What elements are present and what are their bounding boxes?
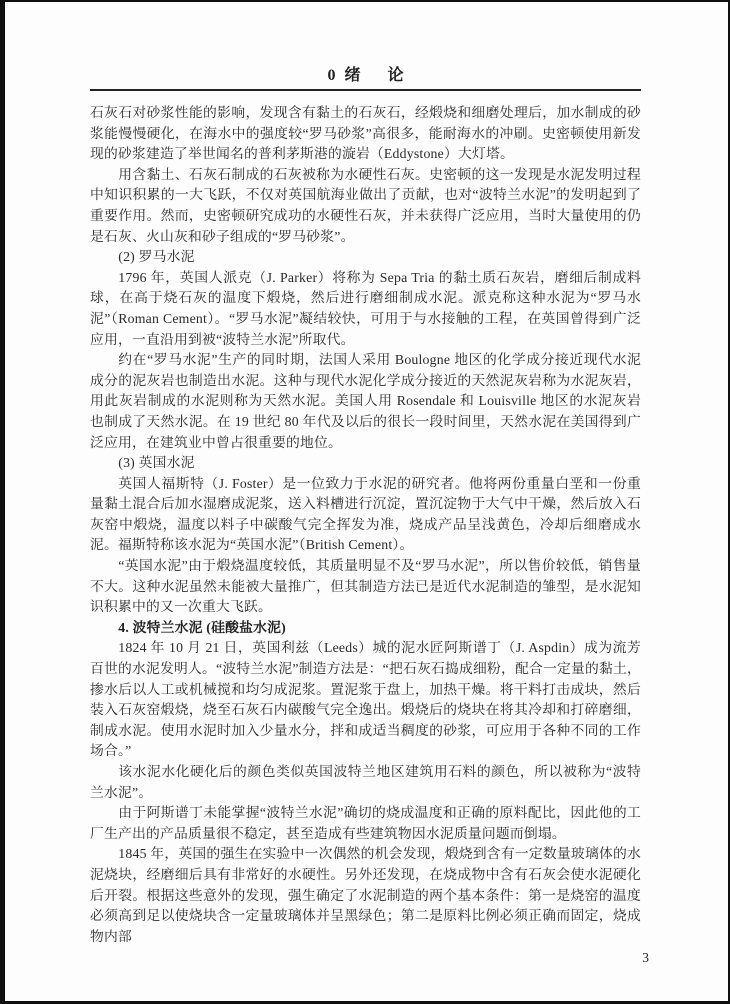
- paragraph-continuation: 石灰石对砂浆性能的影响，发现含有黏土的石灰石，经煅烧和细磨处理后，加水制成的砂浆…: [90, 103, 641, 165]
- body-text: 石灰石对砂浆性能的影响，发现含有黏土的石灰石，经煅烧和细磨处理后，加水制成的砂浆…: [90, 103, 641, 947]
- paragraph-portland-color: 该水泥水化硬化后的颜色类似英国波特兰地区建筑用石料的颜色，所以被称为“波特兰水泥…: [90, 762, 641, 803]
- paragraph-aspdin-quality: 由于阿斯谱丁未能掌握“波特兰水泥”确切的烧成温度和正确的原料配比，因此他的工厂生…: [90, 803, 641, 844]
- paragraph-aspdin-1824: 1824 年 10 月 21 日，英国利兹（Leeds）城的泥水匠阿斯谱丁（J.…: [90, 638, 641, 762]
- paragraph-johnson-1845: 1845 年，英国的强生在实验中一次偶然的机会发现，煅烧到含有一定数量玻璃体的水…: [90, 844, 641, 947]
- chapter-title-char-2: 论: [388, 62, 404, 85]
- paragraph-hydraulic-lime: 用含黏土、石灰石制成的石灰被称为水硬性石灰。史密顿的这一发现是水泥发明过程中知识…: [90, 165, 641, 247]
- scan-edge-left: [0, 0, 5, 1004]
- scanned-book-page: 0 绪 论 石灰石对砂浆性能的影响，发现含有黏土的石灰石，经煅烧和细磨处理后，加…: [0, 0, 730, 1004]
- page-number: 3: [90, 950, 649, 966]
- chapter-title: 0 绪 论: [90, 62, 641, 82]
- page-content: 0 绪 论 石灰石对砂浆性能的影响，发现含有黏土的石灰石，经煅烧和细磨处理后，加…: [90, 62, 641, 966]
- paragraph-parker-1796: 1796 年，英国人派克（J. Parker）将称为 Sepa Tria 的黏土…: [90, 268, 641, 350]
- section-heading-british-cement: (3) 英国水泥: [90, 453, 641, 474]
- paragraph-british-cement-quality: “英国水泥”由于煅烧温度较低，其质量明显不及“罗马水泥”，所以售价较低，销售量不…: [90, 556, 641, 618]
- section-heading-roman-cement: (2) 罗马水泥: [90, 247, 641, 268]
- chapter-number: 0: [327, 67, 335, 85]
- scan-edge-top: [0, 0, 730, 2]
- chapter-title-char-1: 绪: [344, 62, 360, 85]
- paragraph-natural-cement: 约在“罗马水泥”生产的同时期，法国人采用 Boulogne 地区的化学成分接近现…: [90, 350, 641, 453]
- title-divider: [90, 89, 641, 91]
- section-heading-portland-cement: 4. 波特兰水泥 (硅酸盐水泥): [90, 618, 641, 639]
- paragraph-foster: 英国人福斯特（J. Foster）是一位致力于水泥的研究者。他将两份重量白垩和一…: [90, 474, 641, 556]
